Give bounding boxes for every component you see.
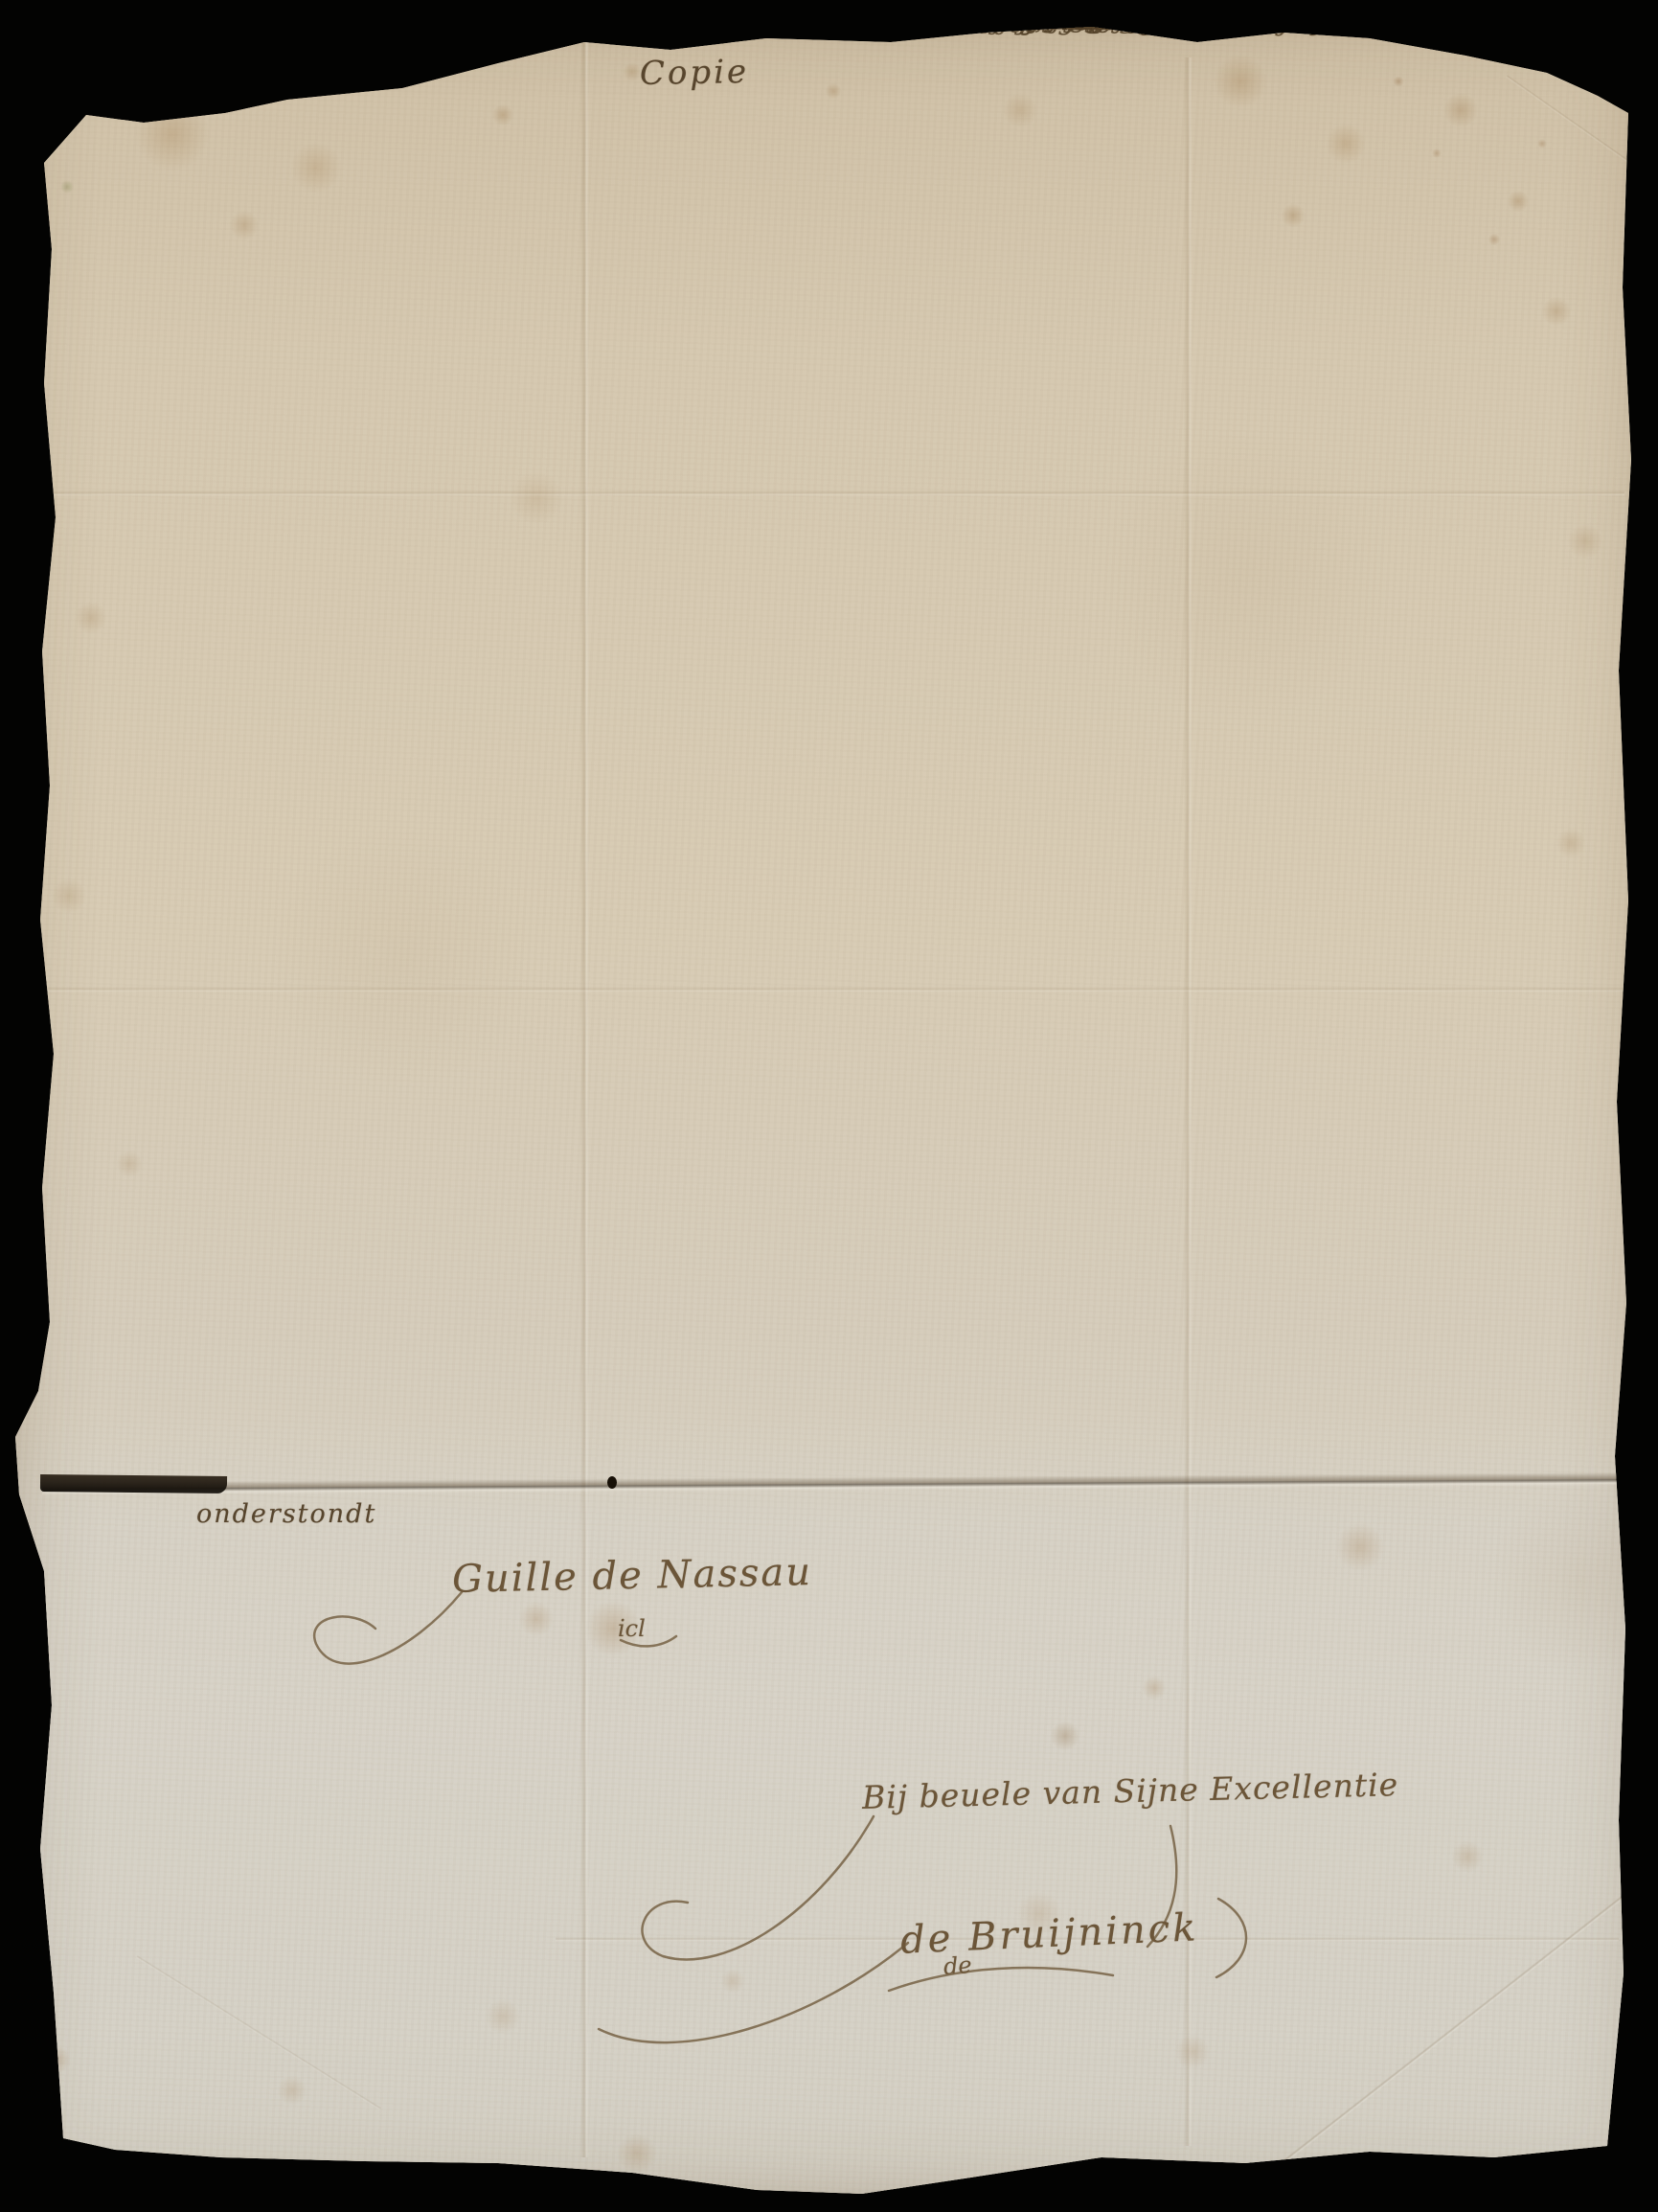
- diagonal-crease-top-right: [1506, 75, 1658, 188]
- manuscript-line: onder bij allen wegen y middelen hem mog…: [0, 0, 1398, 43]
- fold-gap-shadow: [40, 1474, 227, 1494]
- photo-backdrop: Copie Wilhelm byde gratien Godts Prince …: [0, 0, 1658, 2212]
- ink-flourishes: [0, 0, 1658, 2212]
- manuscript-line: zijnde uuyt te crijgen y te vinden allen…: [0, 0, 1452, 43]
- byline-excellentie: Bij beuele van Sijne Excellentie: [862, 1766, 1399, 1816]
- principal-paraph: icl: [618, 1615, 646, 1642]
- document-heading: Copie: [627, 53, 762, 93]
- signature-guille-de-nassau: Guille de Nassau: [452, 1550, 813, 1602]
- main-fold-split: [42, 1472, 1619, 1495]
- diagonal-crease-bottom-right: [1282, 1883, 1639, 2164]
- manuscript-line: Wilhelm byde gratien Godts Prince van Or…: [0, 0, 1645, 43]
- manuscript-page: Copie Wilhelm byde gratien Godts Prince …: [0, 0, 1658, 2212]
- manuscript-line: voorschreven y Ingesetenen der zelve alt…: [0, 0, 1482, 40]
- manuscript-line: gevonden tot vorderinge vander eere y gl…: [0, 0, 1547, 40]
- manuscript-line: Luytgens oft Buyskes hebben Wij den zelv…: [0, 0, 1478, 40]
- manuscript-line: daer die goede Ingesetenen der zelver La…: [0, 0, 1601, 40]
- horizontal-crease-middle: [44, 987, 1624, 992]
- secretary-paraph: de: [943, 1951, 972, 1980]
- fold-ink-hole: [607, 1476, 617, 1489]
- bruijninck-lead-flourish: [599, 1943, 908, 2042]
- manuscript-line: dach der maent van April Int Jaer ons He…: [0, 0, 1332, 40]
- closing-onderstondt: onderstondt: [196, 1499, 376, 1529]
- bruijninck-tail-flourish: [1216, 1899, 1246, 1977]
- manuscript-line: Immers die genen daer die zelve alsoe In…: [0, 0, 1596, 40]
- nassau-swash-flourish: [314, 1592, 462, 1664]
- manuscript-line: Jegelijcken kennelijck y openbaer genouc…: [0, 0, 1631, 43]
- diagonal-crease-bottom-left: [136, 1955, 382, 2110]
- secretary-paraph-line: [889, 1968, 1113, 1991]
- byline-descender-loop: [643, 1816, 874, 1959]
- horizontal-crease-upper: [44, 490, 1624, 496]
- manuscript-line: Ingesetenen egeen hinder gewelt oft over…: [0, 0, 1624, 40]
- manuscript-line: nootelijck In onsen vermogen es behulpic…: [0, 0, 1597, 43]
- vertical-fold-crease-left: [580, 40, 589, 2157]
- manuscript-line: zijn vander goeder affectien die die goe…: [0, 0, 1568, 40]
- manuscript-line: houden y hanthaven In heur oude rechten …: [0, 0, 1346, 40]
- manuscript-line: om die zelve tot onsen diensten te gebru…: [0, 0, 1603, 43]
- manuscript-line: van Vianden van Dietz van Bueren van Lee…: [0, 0, 1546, 40]
- manuscript-line: allen overlast der Spaignaerden y allen …: [0, 0, 1477, 40]
- manuscript-line: desen midts alsulcken hoop volck als hem…: [0, 0, 1601, 43]
- manuscript-line: zegenen en zijn Wij nochtans daeromme va…: [0, 0, 1568, 40]
- vertical-fold-crease-right: [1184, 57, 1192, 2146]
